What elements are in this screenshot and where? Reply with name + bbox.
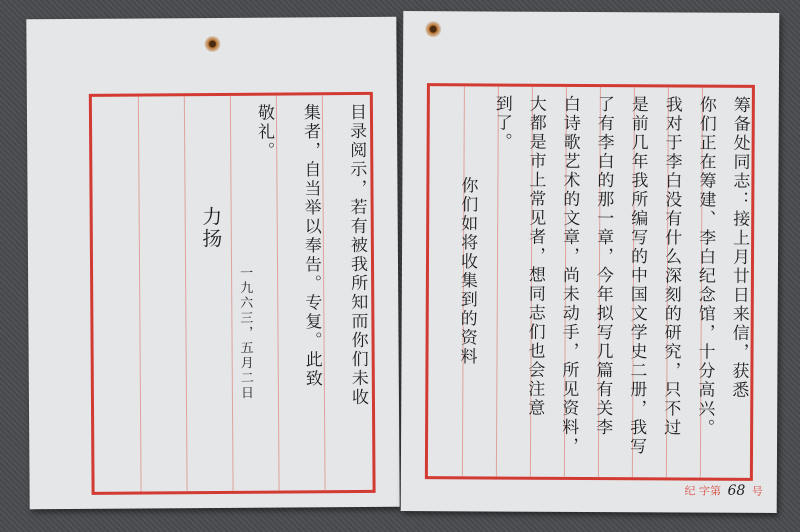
signature: 力扬 xyxy=(201,206,221,250)
ruled-frame: 筹备处同志：接上月廿日来信，获悉 你们正在筹建、李白纪念馆，十分高兴。 我对于李… xyxy=(425,83,755,481)
letter-page-right: 筹备处同志：接上月廿日来信，获悉 你们正在筹建、李白纪念馆，十分高兴。 我对于李… xyxy=(401,11,780,513)
date: 一九六三，五月二日 xyxy=(238,266,252,401)
text-column: 到了。 xyxy=(493,94,510,151)
text-column: 你们正在筹建、李白纪念馆，十分高兴。 xyxy=(695,96,714,438)
text-column: 目录阅示，若有被我所知而你们未收 xyxy=(347,103,366,407)
archive-stamp: 纪 字第 68 号 xyxy=(684,482,762,498)
text-column: 筹备处同志：接上月廿日来信，获悉 xyxy=(729,96,748,400)
text-column: 你们如将收集到的资料 xyxy=(457,176,475,366)
text-column: 集者，自当举以奉告。专复。此致 xyxy=(301,103,320,388)
text-column: 敬礼。 xyxy=(255,104,272,161)
text-column: 是前几年我所编写的中国文学史二册，我写 xyxy=(627,95,646,456)
binding-hole xyxy=(204,36,220,52)
text-column: 我对于李白没有什么深刻的研究，只不过 xyxy=(661,95,680,437)
text-column: 白诗歌艺术的文章，尚未动手，所见资料， xyxy=(559,95,578,456)
text-column: 了有李白的那一章，今年拟写几篇有关李 xyxy=(593,95,612,437)
letter-page-left: 目录阅示，若有被我所知而你们未收 集者，自当举以奉告。专复。此致 敬礼。 力扬 … xyxy=(26,17,399,510)
binding-hole xyxy=(425,21,441,37)
ruled-frame: 目录阅示，若有被我所知而你们未收 集者，自当举以奉告。专复。此致 敬礼。 力扬 … xyxy=(89,92,376,495)
text-column: 大都是市上常见者，想同志们也会注意 xyxy=(525,95,544,418)
